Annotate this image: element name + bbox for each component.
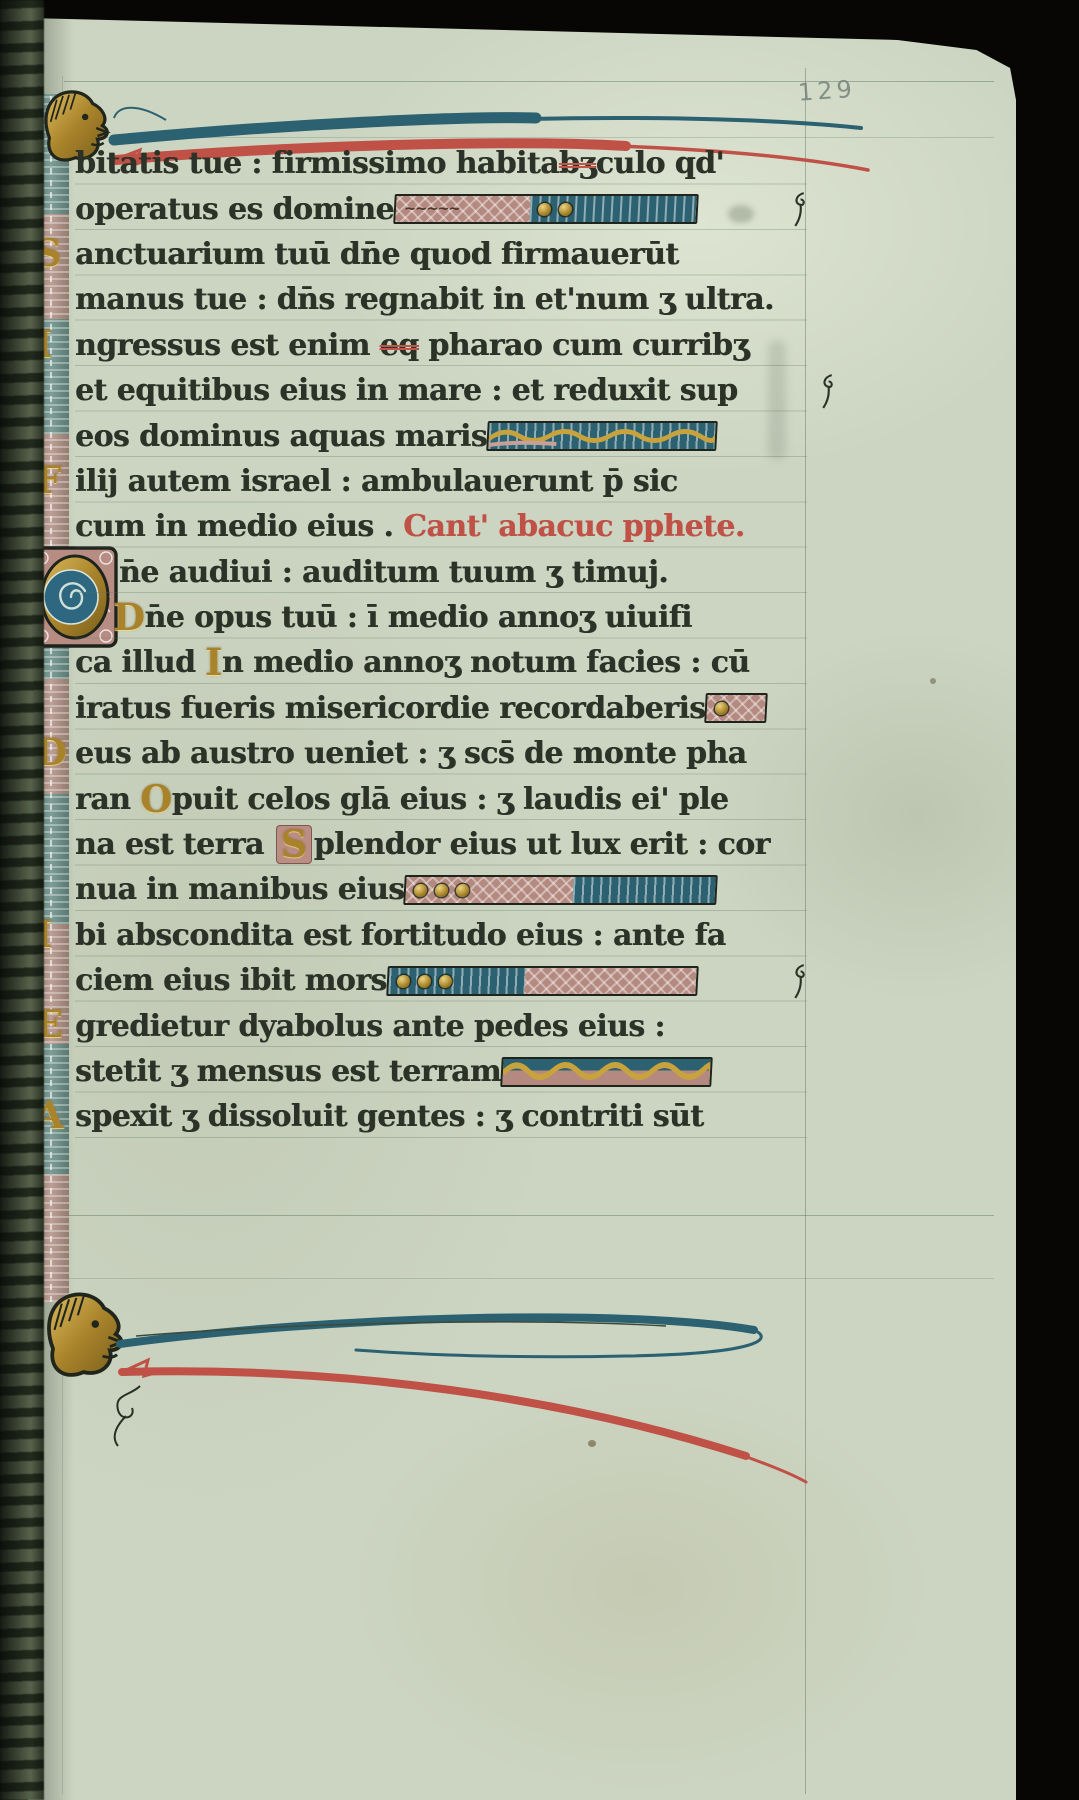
text-line: Aspexit ʒ dissoluit gentes : ʒ contriti …	[75, 1094, 807, 1139]
text-line: eos dominus aquas maris	[75, 413, 807, 458]
gold-dot	[414, 883, 428, 896]
rubric-text: Cant' abacuc pphete.	[403, 509, 745, 544]
line-end-flourish	[792, 963, 807, 999]
text-line: ciem eius ibit mors	[75, 958, 807, 1003]
text-line: et equitibus eius in mare : et reduxit s…	[75, 368, 807, 413]
gold-dot	[538, 203, 552, 216]
text-line: Sanctuarium tuū dn̄e quod firmauerūt	[75, 232, 807, 277]
facing-page-edge	[0, 0, 44, 1800]
gold-initial: O	[140, 781, 172, 818]
line-filler: ~~~~~	[393, 194, 699, 224]
gold-initial: I	[205, 644, 222, 681]
gold-serpentine	[502, 1059, 710, 1085]
manuscript-page: 129 D	[28, 10, 1016, 1800]
gold-dot	[396, 974, 410, 987]
gold-dot	[438, 974, 452, 987]
ruling-horizontal-bottom-1	[64, 1215, 994, 1216]
line-filler	[404, 875, 718, 905]
text-line: n̄e audiui : auditum tuum ʒ timuj.	[75, 550, 807, 595]
gold-initial-on-penwork: S	[276, 825, 312, 864]
text-line: Ibi abscondita est fortitudo eius : ante…	[75, 913, 807, 958]
ruling-horizontal-bottom-2	[64, 1278, 994, 1279]
text-line: ran Opuit celos glā eius : ʒ laudis ei' …	[75, 776, 807, 821]
text-line: ca illud In medio annoʒ notum facies : c…	[75, 640, 807, 685]
line-filler	[386, 966, 699, 996]
gold-dot	[715, 702, 729, 715]
text-line: Ingressus est enim eq pharao cum curribʒ	[75, 323, 807, 368]
line-end-flourish	[820, 373, 835, 409]
line-filler	[486, 421, 718, 451]
text-line: iratus fueris misericordie recordaberis	[75, 686, 807, 731]
text-line: Egredietur dyabolus ante pedes eius :	[75, 1003, 807, 1048]
line-filler	[705, 693, 769, 723]
gold-wave	[488, 423, 715, 449]
line-filler	[500, 1057, 713, 1087]
text-line: manus tue : dn̄s regnabit in et'num ʒ ul…	[75, 277, 807, 322]
text-line: operatus es domine ~~~~~	[75, 186, 807, 231]
text-line: stetit ʒ mensus est terram	[75, 1049, 807, 1094]
text-block: bitatis tue : firmissimo habitabʒculo qd…	[75, 141, 807, 1140]
text-line: na est terra Splendor eius ut lux erit :…	[75, 822, 807, 867]
red-struck-text: eq	[380, 328, 419, 363]
gold-dot	[435, 883, 449, 896]
gold-dot	[456, 883, 470, 896]
bottom-pen-flourish	[106, 1306, 830, 1496]
gold-initial: D	[113, 599, 145, 636]
red-struck-text: bʒ	[559, 146, 596, 181]
text-line: nua in manibus eius	[75, 867, 807, 912]
text-line: Filij autem israel : ambulauerunt p̄ sic	[75, 459, 807, 504]
text-line: Dn̄e opus tuū : ī medio annoʒ uiuifi	[75, 595, 807, 640]
stain	[930, 678, 936, 684]
line-end-flourish	[792, 191, 807, 227]
text-line: cum in medio eius . Cant' abacuc pphete.	[75, 504, 807, 549]
gold-dot	[417, 974, 431, 987]
text-line: bitatis tue : firmissimo habitabʒculo qd…	[75, 141, 807, 186]
text-line: Deus ab austro ueniet : ʒ scs̄ de monte …	[75, 731, 807, 776]
gold-dot	[559, 203, 573, 216]
